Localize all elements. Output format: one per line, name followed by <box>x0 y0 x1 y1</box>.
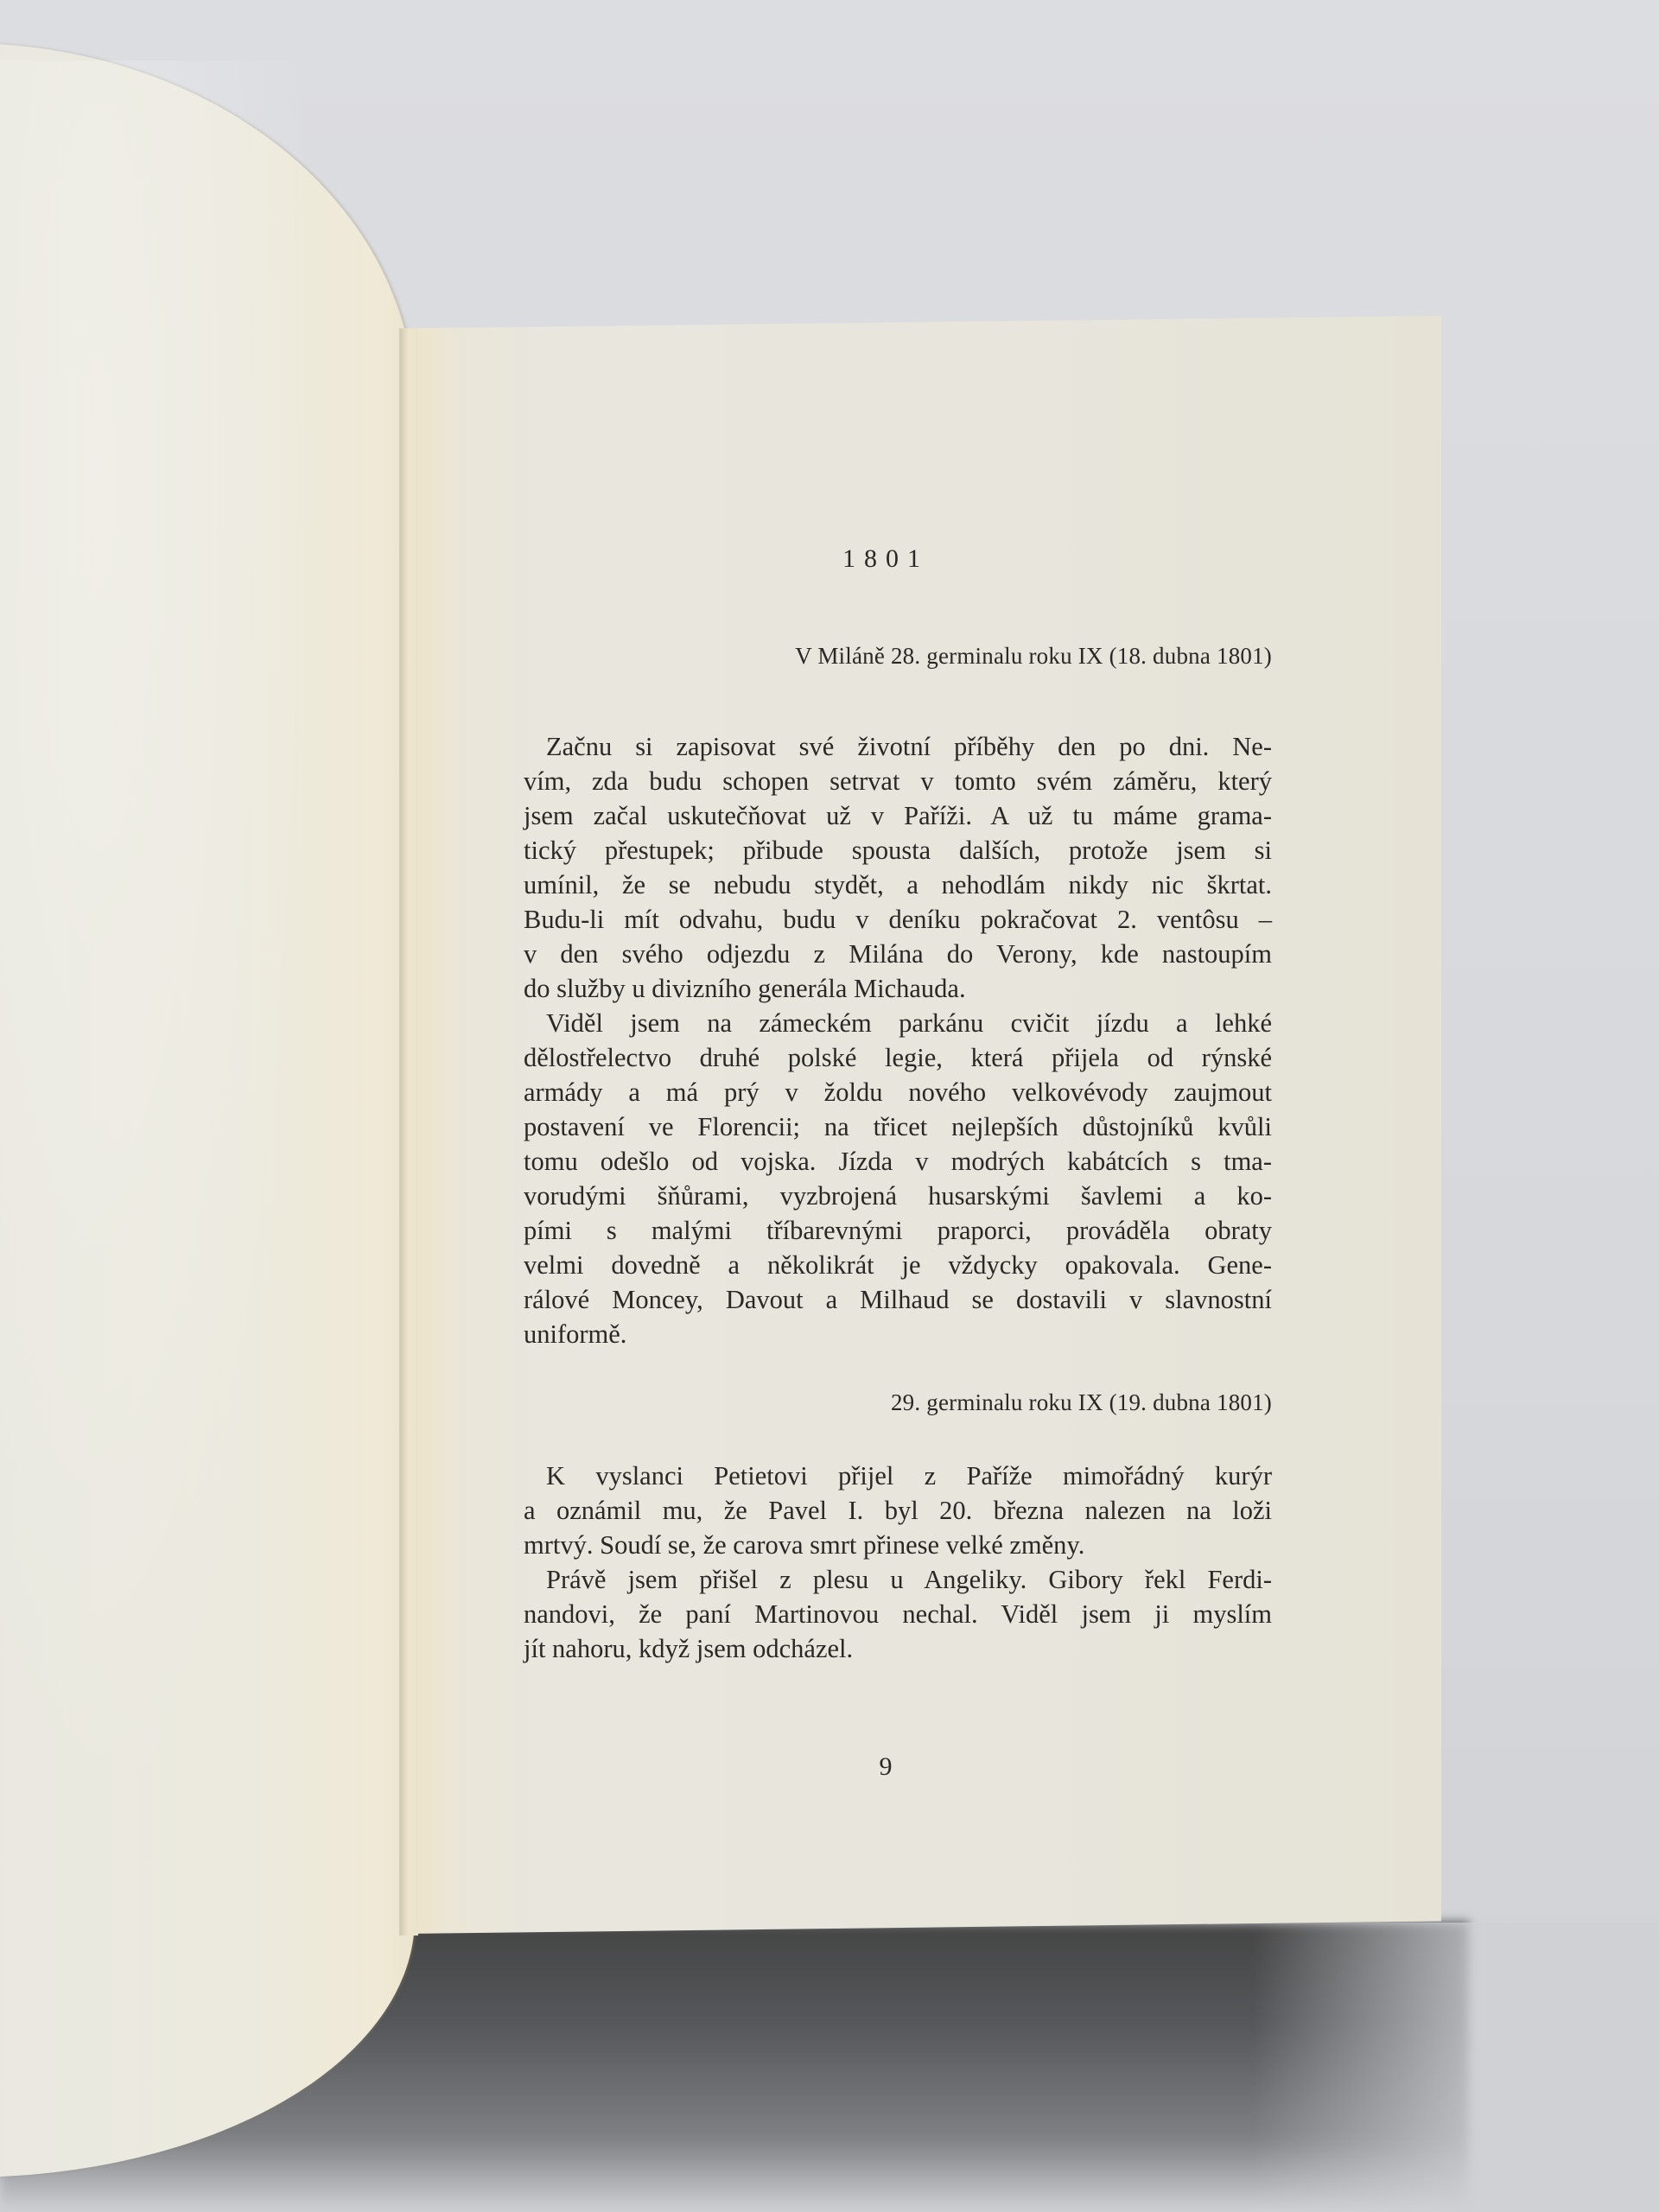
text-line: Viděl jsem na zámeckém parkánu cvičit jí… <box>524 1006 1272 1040</box>
text-line: nandovi, že paní Martinovou nechal. Vidě… <box>524 1597 1272 1631</box>
text-line: uniformě. <box>524 1317 1272 1351</box>
text-line: Budu-li mít odvahu, budu v deníku pokrač… <box>524 902 1272 937</box>
text-line: umínil, že se nebudu stydět, a nehodlám … <box>524 868 1272 902</box>
text-line: tický přestupek; přibude spousta dalších… <box>524 833 1272 868</box>
text-line: v den svého odjezdu z Milána do Verony, … <box>524 937 1272 971</box>
text-line: Začnu si zapisovat své životní příběhy d… <box>524 729 1272 764</box>
entry-date-heading: 29. germinalu roku IX (19. dubna 1801) <box>891 1389 1272 1416</box>
text-line: tomu odešlo od vojska. Jízda v modrých k… <box>524 1144 1272 1179</box>
text-line: do služby u divizního generála Michauda. <box>524 971 1272 1006</box>
text-line: vorudými šňůrami, vyzbrojená husarskými … <box>524 1179 1272 1213</box>
text-line: pími s malými tříbarevnými praporci, pro… <box>524 1213 1272 1248</box>
entry-date-heading: V Miláně 28. germinalu roku IX (18. dubn… <box>795 643 1272 670</box>
text-line: mrtvý. Soudí se, že carova smrt přinese … <box>524 1528 1272 1562</box>
text-line: Právě jsem přišel z plesu u Angeliky. Gi… <box>524 1562 1272 1597</box>
text-line: postavení ve Florencii; na třicet nejlep… <box>524 1109 1272 1144</box>
text-line: K vyslanci Petietovi přijel z Paříže mim… <box>524 1459 1272 1493</box>
text-line: vím, zda budu schopen setrvat v tomto sv… <box>524 764 1272 798</box>
text-line: a oznámil mu, že Pavel I. byl 20. března… <box>524 1493 1272 1528</box>
text-line: rálové Moncey, Davout a Milhaud se dosta… <box>524 1282 1272 1317</box>
text-line: armády a má prý v žoldu nového velkovévo… <box>524 1075 1272 1109</box>
text-line: velmi dovedně a několikrát je vždycky op… <box>524 1248 1272 1282</box>
text-line: dělostřelectvo druhé polské legie, která… <box>524 1040 1272 1075</box>
entry-body: Začnu si zapisovat své životní příběhy d… <box>524 729 1272 1351</box>
text-line: jít nahoru, když jsem odcházel. <box>524 1631 1272 1666</box>
year-heading: 1801 <box>829 544 942 574</box>
entry-body: K vyslanci Petietovi přijel z Paříže mim… <box>524 1459 1272 1666</box>
page-number: 9 <box>873 1752 899 1782</box>
text-line: jsem začal uskutečňovat už v Paříži. A u… <box>524 798 1272 833</box>
page-text: 1801 V Miláně 28. germinalu roku IX (18.… <box>0 0 1659 2212</box>
